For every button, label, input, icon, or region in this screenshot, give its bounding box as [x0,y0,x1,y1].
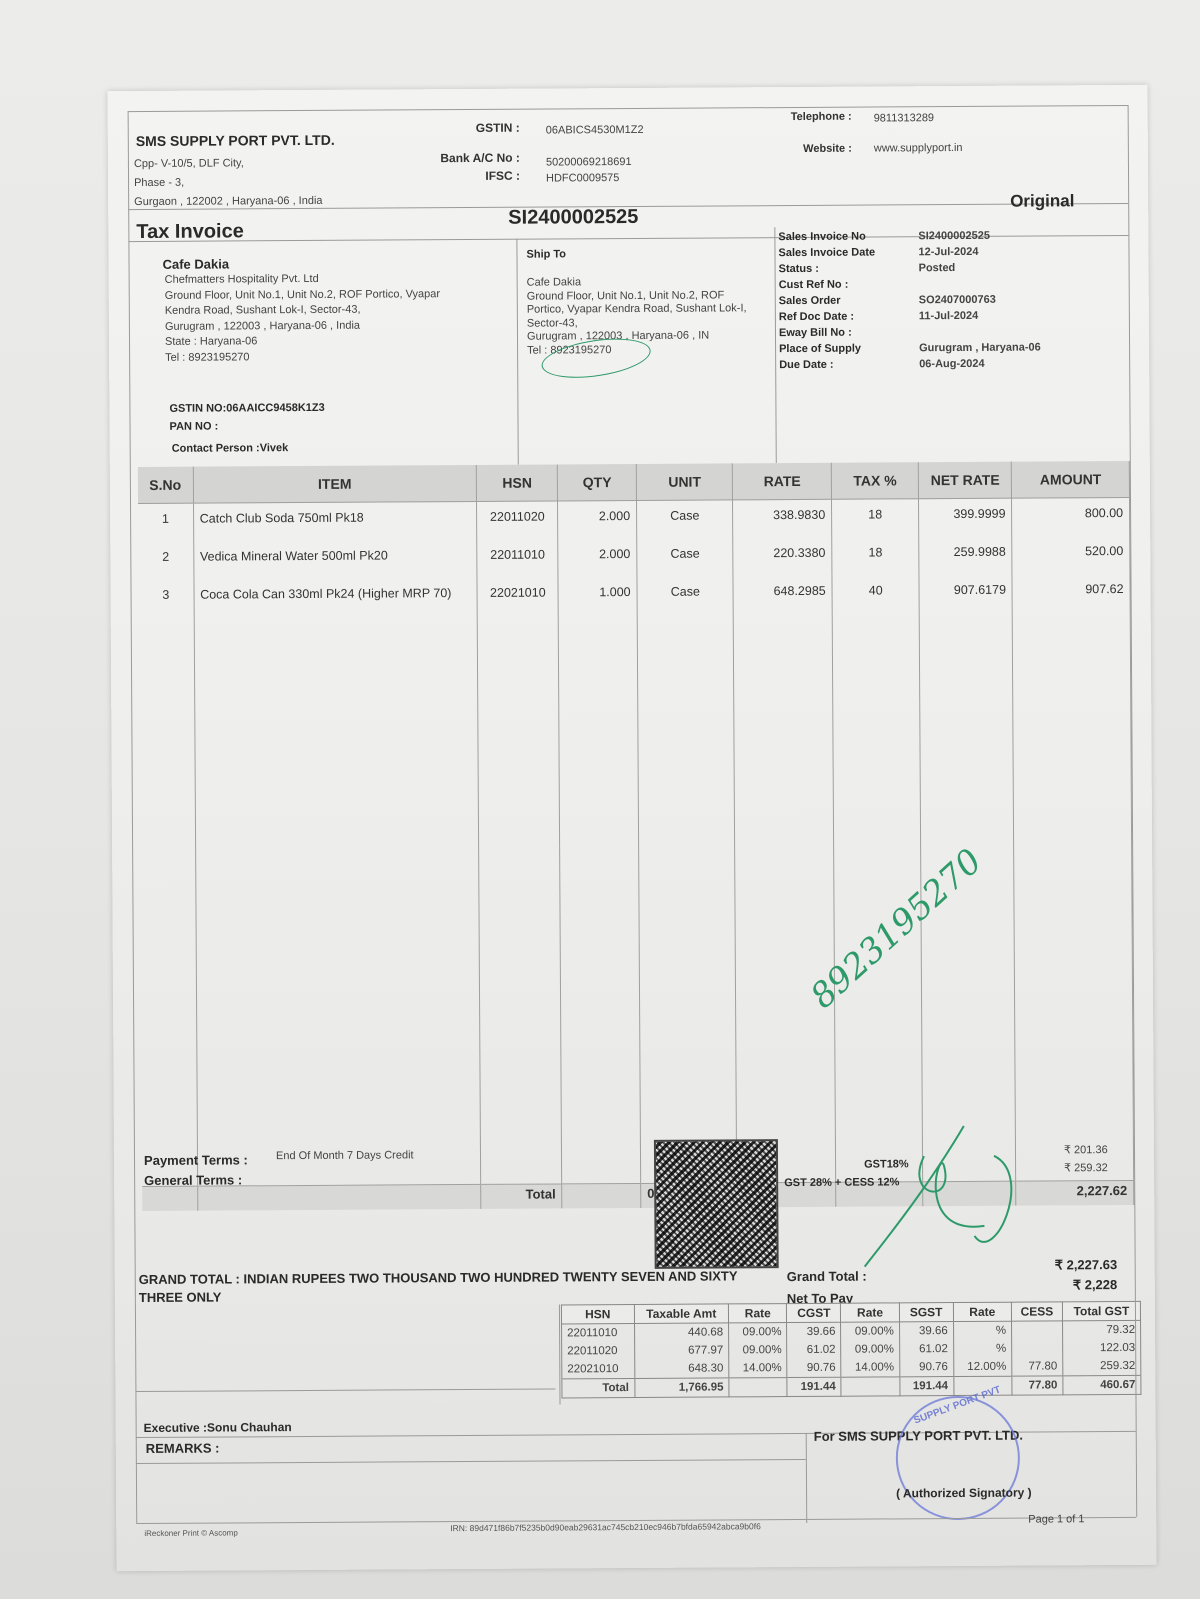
meta-value: SI2400002525 [918,228,990,244]
total-cell [142,1186,197,1211]
table-cell: Case [637,500,734,539]
tax-total-cell: 77.80 [1012,1376,1063,1395]
page-indicator: Page 1 of 1 [1028,1513,1084,1525]
meta-row: Eway Bill No : [779,323,1041,341]
ship-to-line: Sector-43, [527,316,747,331]
company-gstin: 06ABICS4530M1Z2 [546,124,644,137]
tax-column-header: HSN [561,1304,634,1323]
bill-to-address: Chefmatters Hospitality Pvt. Ltd Ground … [165,271,441,366]
meta-row: Place of SupplyGurugram , Haryana-06 [779,339,1041,357]
bill-to-gstin: GSTIN NO:06AAICC9458K1Z3 [169,402,324,415]
tax-cell: 09.00% [841,1340,899,1358]
tax-cell [1012,1321,1063,1340]
meta-label: Sales Invoice Date [778,244,918,261]
ship-to-line: Ground Floor, Unit No.1, Unit No.2, ROF [527,289,747,304]
payment-terms-label: Payment Terms : [144,1152,248,1168]
invoice-sheet: SMS SUPPLY PORT PVT. LTD. Cpp- V-10/5, D… [107,85,1156,1571]
tax-cell: 79.32 [1063,1320,1141,1339]
table-cell: 800.00 [1012,497,1130,536]
table-cell: Coca Cola Can 330ml Pk24 (Higher MRP 70) [194,578,478,618]
bill-to-line: Kendra Road, Sushant Lok-I, Sector-43, [165,302,440,319]
meta-label: Ref Doc Date : [779,308,919,325]
ifsc-label: IFSC : [440,169,520,183]
tax-cell: 22021010 [562,1360,635,1379]
table-row: 1Catch Club Soda 750ml Pk18220110202.000… [138,497,1130,542]
meta-value: SO2407000763 [919,292,996,308]
address-line: Cpp- V-10/5, DLF City, [134,154,322,174]
tax-cell: 09.00% [729,1341,787,1359]
column-header: S.No [138,467,193,504]
tax-cell: 14.00% [841,1358,899,1377]
company-stamp: SUPPLY PORT PVT [895,1396,1020,1521]
meta-label: Cust Ref No : [779,276,919,293]
tax-column-header: Rate [841,1303,899,1322]
tax-cell: 259.32 [1063,1357,1141,1376]
tax-cell: 22011010 [562,1323,635,1342]
table-cell [1013,612,1134,1181]
tax-total-cell [841,1377,899,1396]
gstin-label: GSTIN : [470,121,520,135]
tax-cell: 14.00% [729,1359,787,1378]
tax-total-row: Total1,766.95191.44191.4477.80460.67 [562,1375,1141,1398]
table-cell: 648.2985 [733,576,832,615]
bill-to-line: Chefmatters Hospitality Pvt. Ltd [165,271,440,288]
table-cell: 2 [138,542,193,580]
payment-terms: End Of Month 7 Days Credit [276,1149,414,1162]
table-cell [637,614,737,1183]
column-header: NET RATE [918,462,1012,499]
table-cell: Case [637,576,734,615]
tax-cell: 677.97 [634,1341,729,1360]
meta-label: Sales Order [779,292,919,309]
telephone: 9811313289 [874,112,934,124]
meta-value: Gurugram , Haryana-06 [919,339,1041,356]
website-label: Website : [748,143,852,156]
tax-total-cell [729,1378,787,1397]
invoice-number: SI2400002525 [508,206,638,230]
meta-row: Sales OrderSO2407000763 [779,291,1041,309]
column-header: ITEM [193,465,477,503]
bank-label: Bank A/C No : [420,151,520,166]
total-cell [562,1183,641,1208]
table-cell: 907.6179 [919,575,1013,614]
remarks-label: REMARKS : [146,1441,220,1456]
table-cell: 338.9830 [733,499,832,538]
tax-column-header: CESS [1011,1302,1062,1321]
tax-column-header: Taxable Amt [634,1304,729,1324]
meta-row: Status :Posted [779,259,1041,277]
tax-total-cell: 191.44 [787,1377,841,1396]
ship-to-line: Cafe Dakia [527,275,747,290]
handwritten-signature [844,1115,1045,1276]
meta-row: Sales Invoice NoSI2400002525 [778,227,1040,245]
meta-value: 11-Jul-2024 [919,308,978,324]
meta-row: Due Date :06-Aug-2024 [779,355,1041,373]
tax-column-header: Rate [729,1304,787,1323]
table-cell [194,616,481,1186]
tax-total-cell: 460.67 [1063,1375,1141,1394]
column-header: UNIT [636,463,733,500]
column-header: RATE [733,463,832,500]
table-cell [559,615,641,1184]
table-cell: Vedica Mineral Water 500ml Pk20 [193,540,477,580]
tax-cell: % [953,1340,1011,1358]
general-terms-label: General Terms : [144,1172,242,1188]
tax-total-cell: 191.44 [900,1377,954,1396]
tax-cell: 90.76 [899,1358,953,1377]
meta-label: Status : [779,260,919,277]
address-line: Phase - 3, [134,173,322,193]
meta-label: Eway Bill No : [779,324,919,341]
tax-total-cell: 1,766.95 [634,1378,729,1398]
tax-cell: 440.68 [634,1323,729,1342]
print-credit: iReckoner Print © Ascomp [144,1528,238,1538]
tax-cell: 09.00% [729,1323,787,1342]
irn-number: IRN: 89d471f86b7f5235b0d90eab29631ac745c… [450,1521,761,1533]
table-cell: 22021010 [477,577,559,615]
table-cell: Catch Club Soda 750ml Pk18 [193,501,477,541]
bill-to-line: State : Haryana-06 [165,333,440,350]
bank-account: 50200069218691 [546,156,632,169]
meta-row: Ref Doc Date :11-Jul-2024 [779,307,1041,325]
executive: Executive :Sonu Chauhan [144,1420,292,1435]
tax-total-cell: Total [562,1378,635,1397]
table-cell: 399.9999 [919,498,1013,537]
gst28-value: ₹ 259.32 [1064,1161,1108,1174]
qr-code [654,1139,779,1269]
tax-cell: 77.80 [1012,1357,1063,1376]
column-header: QTY [558,464,637,501]
tax-cell: 122.03 [1063,1339,1141,1357]
meta-value: 12-Jul-2024 [918,244,978,260]
grand-total-label: Grand Total : [787,1269,867,1284]
tax-cell: 09.00% [841,1322,899,1341]
table-cell: 22011020 [477,501,559,540]
bill-to-line: Ground Floor, Unit No.1, Unit No.2, ROF … [165,287,440,304]
grand-total-words: GRAND TOTAL : INDIAN RUPEES TWO THOUSAND… [139,1267,779,1307]
tax-cell: 12.00% [953,1358,1011,1377]
tax-column-header: CGST [787,1303,841,1322]
tax-cell: 39.66 [787,1322,841,1341]
tax-cell: 648.30 [634,1359,729,1378]
tax-cell: 61.02 [899,1340,953,1358]
meta-value: Posted [919,260,956,276]
copy-label: Original [1010,191,1074,211]
table-cell: 3 [138,580,193,618]
bill-to-line: Gurugram , 122003 , Haryana-06 , India [165,318,440,335]
table-cell: 520.00 [1012,536,1130,575]
table-cell [139,618,198,1187]
column-header: HSN [476,464,558,501]
tax-cell: % [953,1321,1011,1340]
table-cell: 22011010 [477,539,559,577]
tax-cell [1012,1339,1063,1357]
table-row: 3Coca Cola Can 330ml Pk24 (Higher MRP 70… [138,574,1130,618]
table-cell: 18 [832,499,919,538]
tax-cell: 22011020 [562,1342,635,1360]
total-cell: Total [481,1184,563,1209]
company-address: Cpp- V-10/5, DLF City, Phase - 3, Gurgao… [134,154,323,212]
table-cell: 2.000 [558,500,637,539]
table-cell: 259.9988 [919,537,1013,576]
ship-to-label: Ship To [526,248,566,260]
table-cell: 1.000 [558,577,637,615]
table-cell: 1 [138,503,193,542]
tax-column-header: Total GST [1062,1301,1140,1320]
table-cell: 220.3380 [733,538,832,577]
meta-label: Place of Supply [779,340,919,357]
table-cell: Case [637,538,734,577]
table-cell [734,614,836,1183]
table-row: 2Vedica Mineral Water 500ml Pk2022011010… [138,536,1130,580]
tax-breakup-table: HSNTaxable AmtRateCGSTRateSGSTRateCESSTo… [561,1301,1142,1399]
total-cell [197,1184,481,1210]
column-header: TAX % [831,462,918,499]
ship-to-line: Portico, Vyapar Kendra Road, Sushant Lok… [527,302,747,317]
company-name: SMS SUPPLY PORT PVT. LTD. [136,132,335,149]
tax-cell: 39.66 [899,1322,953,1341]
invoice-meta: Sales Invoice NoSI2400002525Sales Invoic… [778,227,1041,373]
column-header: AMOUNT [1012,461,1130,498]
table-cell: 40 [832,575,919,614]
gst18-value: ₹ 201.36 [1064,1143,1108,1156]
grand-total-value: ₹ 2,227.63 [1055,1257,1118,1273]
meta-row: Sales Invoice Date12-Jul-2024 [778,243,1040,261]
table-cell: 18 [832,537,919,576]
ifsc-code: HDFC0009575 [546,172,619,184]
website-link[interactable]: www.supplyport.in [874,142,963,155]
tax-cell: 90.76 [787,1359,841,1378]
table-cell: 907.62 [1012,574,1130,613]
meta-label: Due Date : [779,356,919,373]
tax-column-header: SGST [899,1303,953,1322]
items-table: S.NoITEMHSNQTYUNITRATETAX %NET RATEAMOUN… [138,461,1135,1211]
bill-to-name: Cafe Dakia [163,256,230,271]
meta-value: 06-Aug-2024 [919,356,985,372]
telephone-label: Telephone : [748,111,852,124]
bill-to-pan: PAN NO : [170,421,219,433]
meta-row: Cust Ref No : [779,275,1041,293]
bill-to-line: Tel : 8923195270 [165,349,440,366]
tax-column-header: Rate [953,1302,1011,1321]
table-cell [477,615,562,1184]
net-to-pay-value: ₹ 2,228 [1073,1277,1118,1293]
tax-cell: 61.02 [787,1341,841,1359]
table-cell: 2.000 [558,539,637,577]
authorized-signatory: ( Authorized Signatory ) [896,1486,1032,1501]
contact-person: Contact Person :Vivek [172,442,289,455]
meta-label: Sales Invoice No [778,228,918,245]
